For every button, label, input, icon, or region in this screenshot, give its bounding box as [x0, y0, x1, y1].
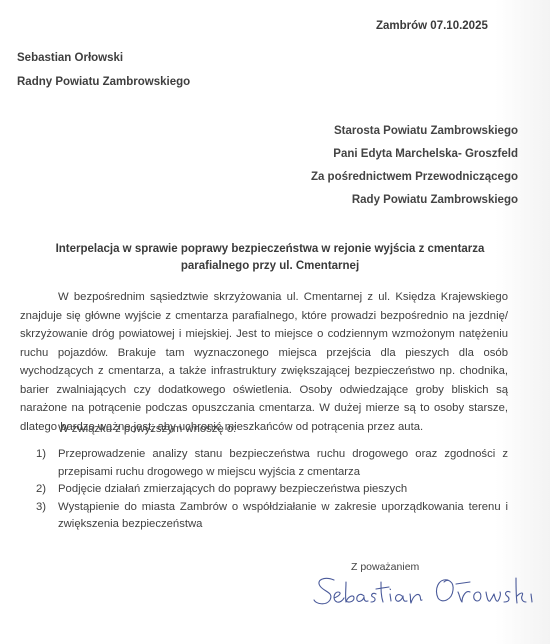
recipient-block: Starosta Powiatu Zambrowskiego Pani Edyt…: [280, 120, 518, 212]
request-intro: W związku z powyższym wnoszę o:: [58, 423, 236, 435]
title-line-1: Interpelacja w sprawie poprawy bezpiecze…: [30, 241, 510, 258]
recipient-line: Starosta Powiatu Zambrowskiego: [280, 120, 518, 143]
document-page: Zambrów 07.10.2025 Sebastian Orłowski Ra…: [0, 0, 550, 644]
list-text: Wystąpienie do miasta Zambrów o współdzi…: [58, 501, 508, 531]
recipient-line: Pani Edyta Marchelska- Groszfeld: [280, 143, 518, 166]
document-title: Interpelacja w sprawie poprawy bezpiecze…: [30, 241, 510, 275]
body-paragraph: W bezpośrednim sąsiedztwie skrzyżowania …: [20, 288, 508, 436]
list-number: 1): [36, 446, 46, 464]
body-text: W bezpośrednim sąsiedztwie skrzyżowania …: [20, 288, 508, 436]
request-list: 1) Przeprowadzenie analizy stanu bezpiec…: [36, 446, 508, 534]
title-line-2: parafialnego przy ul. Cmentarnej: [30, 258, 510, 275]
list-text: Podjęcie działań zmierzających do popraw…: [58, 483, 407, 495]
recipient-line: Za pośrednictwem Przewodniczącego: [280, 166, 518, 189]
list-item: 3) Wystąpienie do miasta Zambrów o współ…: [36, 499, 508, 534]
list-item: 2) Podjęcie działań zmierzających do pop…: [36, 481, 508, 499]
list-number: 2): [36, 481, 46, 499]
list-number: 3): [36, 499, 46, 517]
recipient-line: Rady Powiatu Zambrowskiego: [280, 189, 518, 212]
place-date: Zambrów 07.10.2025: [376, 20, 488, 32]
sender-role: Radny Powiatu Zambrowskiego: [17, 76, 190, 88]
list-item: 1) Przeprowadzenie analizy stanu bezpiec…: [36, 446, 508, 481]
sender-name: Sebastian Orłowski: [17, 52, 123, 64]
handwritten-signature: [310, 570, 550, 620]
list-text: Przeprowadzenie analizy stanu bezpieczeń…: [58, 448, 508, 478]
